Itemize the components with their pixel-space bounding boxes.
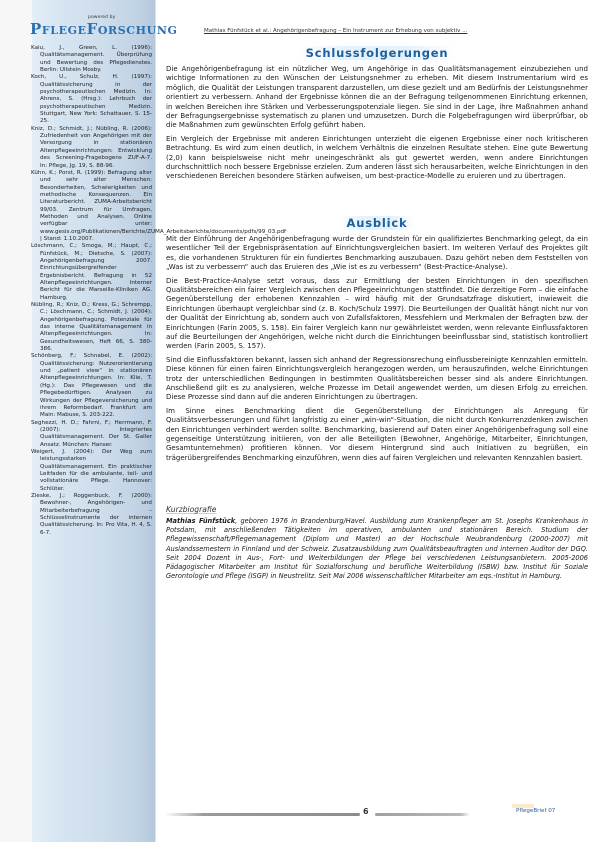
reference-list: Kaiu, J., Green, L. (1996): Qualitätsman…: [31, 45, 152, 537]
reference-item: Weigert, J. (2004): Der Weg zum leistung…: [31, 449, 152, 493]
reference-item: Zieske, J.; Roggenbuck, F. (2000): Bewoh…: [31, 493, 152, 537]
magazine-name: PflegeBrief 07: [516, 808, 555, 814]
section-title-conclusions: Schlussfolgerungen: [298, 46, 457, 60]
reference-item: Kaiu, J., Green, L. (1996): Qualitätsman…: [31, 45, 152, 74]
bio-title: Kurzbiografie: [166, 505, 588, 514]
paragraph: Ein Vergleich der Ergebnisse mit anderen…: [166, 135, 588, 182]
footer-rule-left: [165, 813, 360, 816]
paragraph: Im Sinne eines Benchmarking dient die Ge…: [166, 407, 588, 463]
logo: PflegeForschung: [30, 20, 178, 38]
section-heading-wrap: Ausblick: [166, 212, 588, 231]
bio-text: Mathias Fünfstück, geboren 1976 in Brand…: [166, 517, 588, 581]
section-heading-wrap: Schlussfolgerungen: [166, 42, 588, 61]
bio-name: Mathias Fünfstück: [166, 517, 235, 525]
running-head: Mathias Fünfstück et al.: Angehörigenbef…: [204, 28, 586, 34]
paragraph: Die Angehörigenbefragung ist ein nützlic…: [166, 65, 588, 131]
section-title-outlook: Ausblick: [339, 216, 416, 230]
reference-item: Schönberg, F.; Schnabel, E. (2002): Qual…: [31, 353, 152, 419]
logo-block: powered by PflegeForschung: [26, 15, 158, 43]
reference-item: Nübling, R.; Kniz, D.; Kress, G.; Schrem…: [31, 302, 152, 353]
page-number: 6: [363, 807, 369, 816]
sidebar: powered by PflegeForschung Kaiu, J., Gre…: [0, 0, 158, 842]
main-content: Schlussfolgerungen Die Angehörigenbefrag…: [166, 42, 588, 581]
bio-body: , geboren 1976 in Brandenburg/Havel. Aus…: [166, 517, 588, 580]
reference-item: Seghezzi, H. D.; Fahrni, F.; Herrmann, F…: [31, 420, 152, 449]
paragraph: Mit der Einführung der Angehörigenbefrag…: [166, 235, 588, 273]
reference-item: Koch, U., Schulz, H. (1997): Qualitätssi…: [31, 74, 152, 125]
paragraph: Die Best-Practice-Analyse setzt voraus, …: [166, 277, 588, 352]
paragraph: Sind die Einflussfaktoren bekannt, lasse…: [166, 356, 588, 403]
footer-rule-right: [375, 813, 470, 816]
reference-item: Löschmann, C.; Smoga, M.; Haupt, C.; Fün…: [31, 243, 152, 302]
reference-item: Kühn, K.; Porst, R. (1999): Befragung al…: [31, 170, 152, 243]
reference-item: Kniz, D.; Schmidt, J.; Nübling, R. (2006…: [31, 126, 152, 170]
